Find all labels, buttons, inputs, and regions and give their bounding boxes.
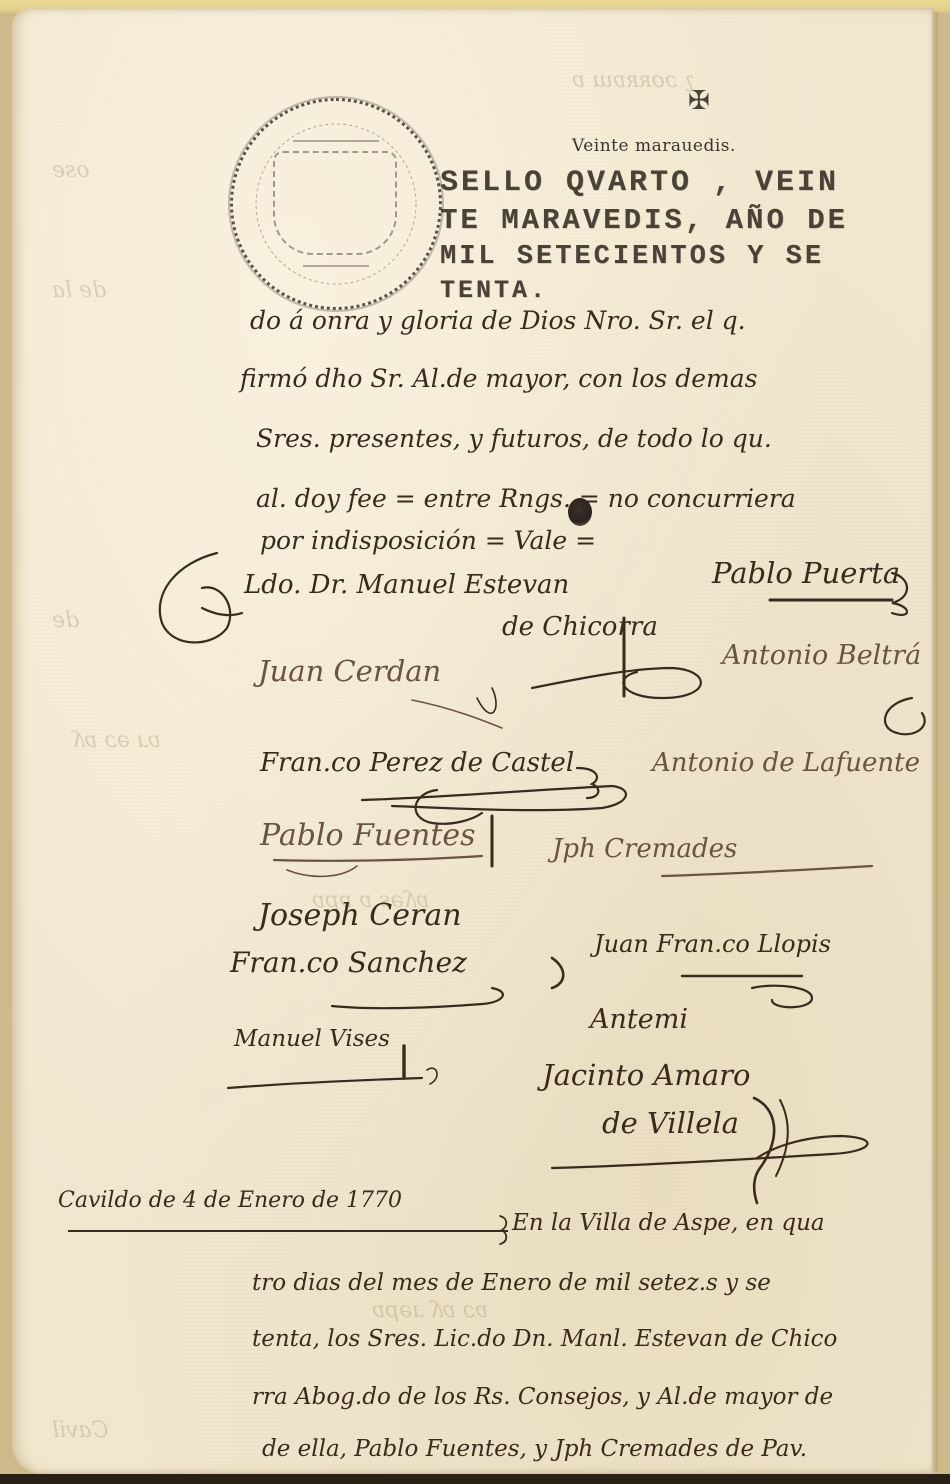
signature-antemi: Antemi bbox=[590, 1004, 688, 1035]
signature-antonio-de-lafuente: Antonio de Lafuente bbox=[652, 748, 920, 778]
stamp-header-line-4: TENTA. bbox=[440, 276, 548, 305]
bleed-through-text: ɐɔ ɐʎ ɹǝpɐ bbox=[372, 1298, 488, 1323]
minutes-line-5: de ella, Pablo Fuentes, y Jph Cremades d… bbox=[262, 1436, 807, 1462]
signature-fran-sanchez: Fran.co Sanchez bbox=[230, 946, 467, 979]
seal-legend-ring bbox=[233, 101, 439, 307]
minutes-line-4: rra Abog.do de los Rs. Consejos, y Al.de… bbox=[252, 1384, 833, 1410]
body-line-4: al. doy fee = entre Rngs. = no concurrie… bbox=[256, 484, 796, 513]
signature-manuel-estevan: Ldo. Dr. Manuel Estevan bbox=[244, 570, 569, 600]
signature-pablo-puerta: Pablo Puerta bbox=[712, 556, 900, 590]
bleed-through-text: ʅ ɔoʀʀɐɯ ɐ bbox=[572, 68, 695, 93]
stamp-price-line: Veinte marauedis. bbox=[572, 136, 736, 156]
stamp-header-line-3: MIL SETECIENTOS Y SE bbox=[440, 242, 824, 272]
stamp-header-line-2: TE MARAVEDIS, AÑO DE bbox=[440, 204, 848, 237]
cross-icon: ✠ bbox=[688, 86, 710, 116]
paper-edge-right bbox=[932, 12, 938, 1472]
signature-juan-fran-llopis: Juan Fran.co Llopis bbox=[594, 930, 831, 958]
bleed-through-text: ose bbox=[52, 158, 90, 183]
bleed-through-text: Cavil bbox=[52, 1418, 108, 1443]
signature-manuel-vises: Manuel Vises bbox=[234, 1026, 390, 1052]
ink-blot bbox=[568, 498, 592, 526]
bleed-through-text: de bbox=[52, 608, 79, 633]
signature-joseph-ceran: Joseph Ceran bbox=[258, 898, 462, 933]
minutes-line-1: En la Villa de Aspe, en qua bbox=[512, 1210, 825, 1236]
body-line-5: por indisposición = Vale = bbox=[260, 526, 596, 555]
royal-seal-stamp bbox=[230, 98, 442, 310]
signature-juan-cerdan: Juan Cerdan bbox=[258, 654, 441, 688]
bleed-through-text: ɐɹ ǝɔ ɐʎ bbox=[72, 728, 161, 753]
signature-jacinto-amaro-line2: de Villela bbox=[602, 1106, 739, 1140]
signature-antonio-beltra: Antonio Beltrá bbox=[722, 640, 921, 671]
manuscript-page: ʅ ɔoʀʀɐɯ ɐ ose de la de Cavil ɐɔ ɐʎ ɹǝpɐ… bbox=[12, 8, 936, 1474]
minutes-line-2: tro dias del mes de Enero de mil setez.s… bbox=[252, 1270, 771, 1296]
margin-heading-underline bbox=[68, 1230, 508, 1232]
signature-pablo-fuentes: Pablo Fuentes bbox=[260, 818, 476, 853]
page-bottom-edge bbox=[0, 1474, 950, 1484]
margin-heading-cavildo: Cavildo de 4 de Enero de 1770 bbox=[58, 1188, 402, 1213]
stamp-header-line-1: SELLO QVARTO , VEIN bbox=[440, 166, 839, 200]
signature-manuel-estevan-line2: de Chicorra bbox=[502, 612, 658, 642]
signature-jacinto-amaro: Jacinto Amaro bbox=[542, 1058, 751, 1092]
signature-perez-de-castel: Fran.co Perez de Castel bbox=[260, 748, 574, 778]
body-line-1: do á onra y gloria de Dios Nro. Sr. el q… bbox=[250, 306, 746, 335]
minutes-line-3: tenta, los Sres. Lic.do Dn. Manl. Esteva… bbox=[252, 1326, 837, 1352]
body-line-3: Sres. presentes, y futuros, de todo lo q… bbox=[256, 424, 772, 453]
signature-jph-cremades: Jph Cremades bbox=[552, 834, 737, 864]
body-line-2: firmó dho Sr. Al.de mayor, con los demas bbox=[240, 364, 757, 393]
bleed-through-text: de la bbox=[52, 278, 106, 303]
